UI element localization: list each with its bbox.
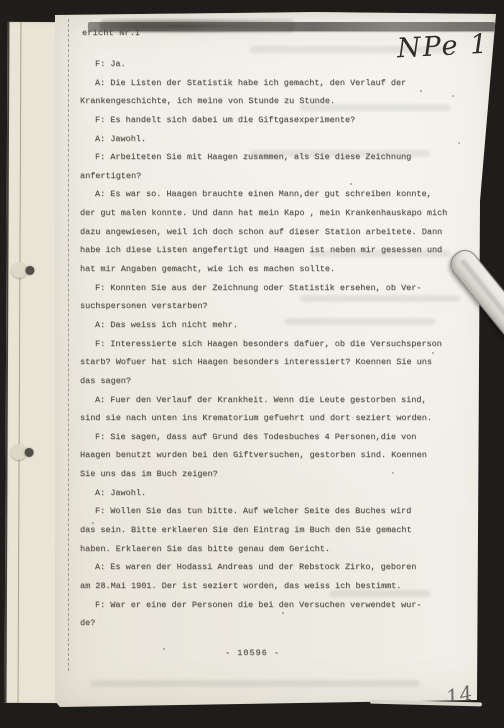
typed-line: de? — [80, 614, 485, 633]
scanned-document-page: ericht Nr.I F: Ja.A: Die Listen der Stat… — [0, 0, 504, 728]
typed-line: Sie uns das im Buch zeigen? — [80, 465, 485, 484]
typed-line: A: Die Listen der Statistik habe ich gem… — [80, 74, 485, 93]
typed-line: F: Sie sagen, dass auf Grund des Todesbu… — [80, 428, 485, 447]
typed-line: F: Wollen Sie das tun bitte. Auf welcher… — [80, 502, 485, 521]
typed-line: F: Arbeiteten Sie mit Haagen zusammen, a… — [80, 148, 485, 167]
typed-line: am 28.Mai 1901. Der ist seziert worden, … — [80, 577, 485, 596]
typed-line: A: Jawohl. — [80, 130, 485, 149]
left-margin-dashed-line — [68, 19, 69, 671]
typed-line: A: Fuer den Verlauf der Krankheit. Wenn … — [80, 391, 485, 410]
page-number-stamp: - 10596 - — [80, 648, 425, 658]
typed-line: das sagen? — [80, 372, 485, 391]
typed-line: Krankengeschichte, ich meine von Stunde … — [80, 92, 485, 111]
typed-line: starb? Wofuer hat sich Haagen besonders … — [80, 353, 485, 372]
typed-line: das sein. Bitte erklaeren Sie den Eintra… — [80, 521, 485, 540]
typed-line: haben. Erklaeren Sie das bitte genau dem… — [80, 540, 485, 559]
typed-line: F: Es handelt sich dabei um die Giftgase… — [80, 111, 485, 130]
binding-fold-line — [18, 22, 22, 703]
typed-line: hat mir Angaben gemacht, wie ich es mach… — [80, 260, 485, 279]
typed-line: Haagen benutzt wurden bei den Giftversuc… — [80, 446, 485, 465]
underlying-sheet-edge — [370, 700, 482, 707]
typed-line: der gut malen konnte. Und dann hat mein … — [80, 204, 485, 223]
bleedthrough-streak — [90, 680, 420, 687]
typed-line: F: Interessierte sich Haagen besonders d… — [80, 335, 485, 354]
typed-line: anfertigten? — [80, 167, 485, 186]
typed-line: F: War er eine der Personen die bei den … — [80, 596, 485, 615]
typed-line: A: Es waren der Hodassi Andreas und der … — [80, 558, 485, 577]
typed-line: F: Konnten Sie aus der Zeichnung oder St… — [80, 279, 485, 298]
typed-line: dazu angewiesen, weil ich doch schon auf… — [80, 223, 485, 242]
typed-line: sind sie nach unten ins Krematorium gefu… — [80, 409, 485, 428]
hole-punch-dot — [25, 266, 34, 275]
typed-line: A: Das weiss ich nicht mehr. — [80, 316, 485, 335]
typed-line: suchspersonen verstarben? — [80, 297, 485, 316]
typed-line: habe ich diese Listen angefertigt und Ha… — [80, 241, 485, 260]
document-sheet: ericht Nr.I F: Ja.A: Die Listen der Stat… — [55, 11, 504, 709]
typed-line: A: Jawohl. — [80, 484, 485, 503]
transcript-lines: F: Ja.A: Die Listen der Statistik habe i… — [80, 55, 485, 633]
report-header-fragment: ericht Nr.I — [82, 28, 140, 38]
handwritten-exhibit-annotation: NPe 1 — [396, 29, 490, 65]
scan-speckles — [55, 11, 57, 13]
typed-line: A: Es war so. Haagen brauchte einen Mann… — [80, 185, 485, 204]
hole-punch-dot — [25, 448, 34, 457]
